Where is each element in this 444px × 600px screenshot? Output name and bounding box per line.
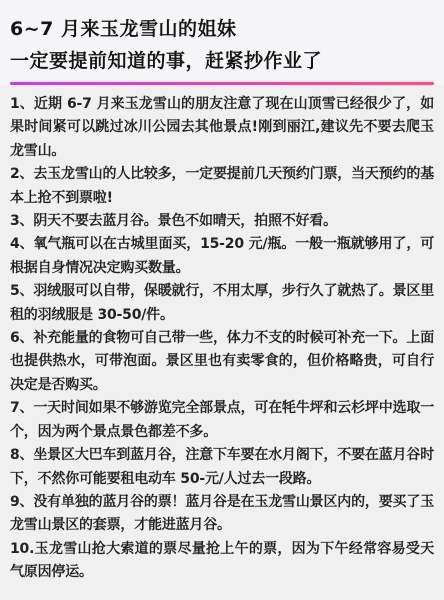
tips-list: 1、近期 6-7 月来玉龙雪山的朋友注意了现在山顶雪已经很少了，如果时间紧可以跳…: [0, 85, 444, 585]
tip-item-8: 8、坐景区大巴车到蓝月谷，注意下车要在水月阁下，不要在蓝月谷时下，不然你可能要租…: [10, 444, 434, 491]
tip-item-1: 1、近期 6-7 月来玉龙雪山的朋友注意了现在山顶雪已经很少了，如果时间紧可以跳…: [10, 93, 434, 163]
tip-item-7: 7、一天时间如果不够游览完全部景点，可在牦牛坪和云杉坪中选取一个，因为两个景点景…: [10, 397, 434, 444]
tip-item-4: 4、氧气瓶可以在古城里面买，15-20 元/瓶。一般一瓶就够用了，可根据自身情况…: [10, 233, 434, 280]
title-line-1: 6~7 月来玉龙雪山的姐妹: [10, 13, 434, 45]
tip-item-9: 9、没有单独的蓝月谷的票！蓝月谷是在玉龙雪山景区内的，要买了玉龙雪山景区的套票，…: [10, 491, 434, 538]
tip-item-5: 5、羽绒服可以自带，保暖就行，不用太厚，步行久了就热了。景区里租的羽绒服是 30…: [10, 280, 434, 327]
tip-item-3: 3、阴天不要去蓝月谷。景色不如晴天，拍照不好看。: [10, 210, 434, 233]
note-page: 6~7 月来玉龙雪山的姐妹 一定要提前知道的事，赶紧抄作业了 1、近期 6-7 …: [0, 0, 444, 600]
tip-item-10: 10.玉龙雪山抢大索道的票尽量抢上午的票，因为下午经常容易受天气原因停运。: [10, 538, 434, 585]
note-header: 6~7 月来玉龙雪山的姐妹 一定要提前知道的事，赶紧抄作业了: [0, 0, 444, 85]
tip-item-6: 6、补充能量的食物可自己带一些，体力不支的时候可补充一下。上面也提供热水，可带泡…: [10, 327, 434, 397]
tip-item-2: 2、去玉龙雪山的人比较多，一定要提前几天预约门票，当天预约的基本上抢不到票啦!: [10, 163, 434, 210]
title-line-2: 一定要提前知道的事，赶紧抄作业了: [10, 45, 434, 77]
